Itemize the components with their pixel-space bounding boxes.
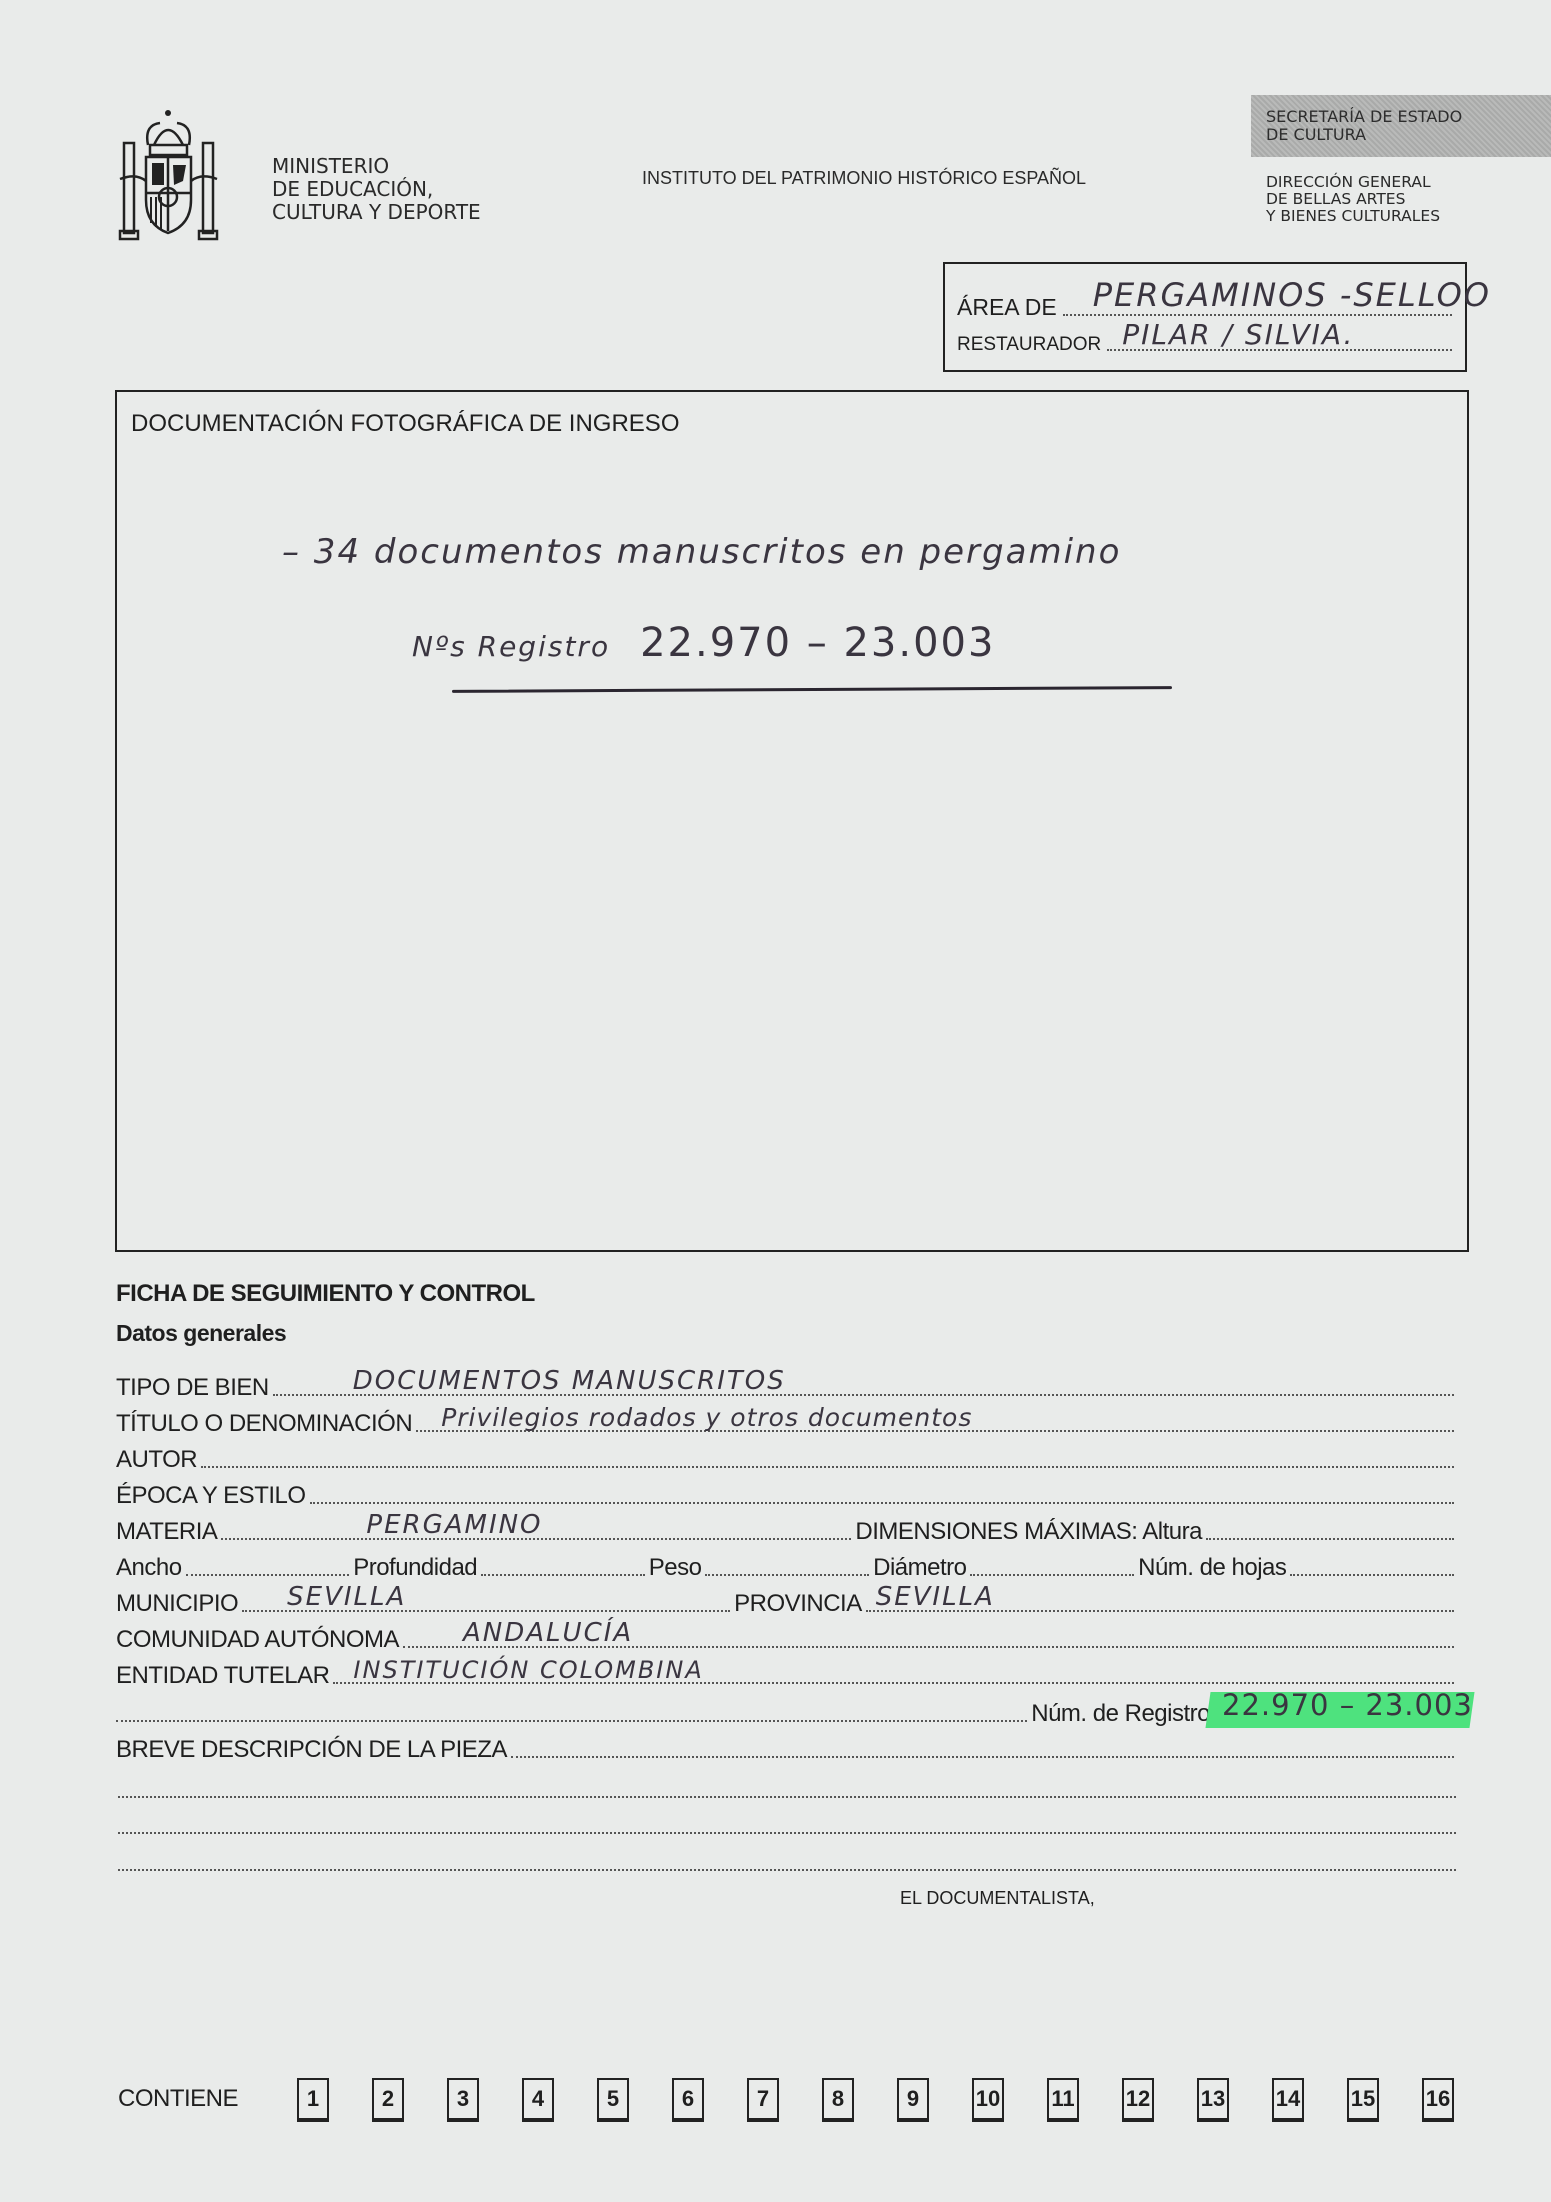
ancho-label: Ancho — [116, 1554, 182, 1582]
direccion-line-1: DIRECCIÓN GENERAL — [1266, 174, 1440, 191]
epoca-field[interactable] — [310, 1502, 1454, 1504]
altura-field[interactable] — [1206, 1538, 1454, 1540]
municipio-field[interactable]: SEVILLA — [242, 1610, 730, 1612]
institute-name: INSTITUTO DEL PATRIMONIO HISTÓRICO ESPAÑ… — [642, 168, 1086, 189]
descripcion-line-4[interactable] — [118, 1869, 1456, 1871]
peso-field[interactable] — [705, 1574, 869, 1576]
hojas-field[interactable] — [1290, 1574, 1454, 1576]
contiene-box-11[interactable]: 11 — [1047, 2078, 1079, 2120]
ancho-field[interactable] — [186, 1574, 350, 1576]
photo-note-line-1: – 34 documentos manuscritos en pergamino — [282, 532, 1121, 572]
restaurador-field[interactable]: PILAR / SILVIA. — [1107, 349, 1452, 351]
materia-label: MATERIA — [116, 1518, 217, 1546]
materia-value: PERGAMINO — [366, 1510, 542, 1540]
municipio-value: SEVILLA — [287, 1582, 406, 1612]
area-label: ÁREA DE — [957, 294, 1057, 321]
entidad-value: INSTITUCIÓN COLOMBINA — [353, 1656, 703, 1684]
hojas-label: Núm. de hojas — [1138, 1554, 1286, 1582]
comunidad-value: ANDALUCÍA — [463, 1618, 633, 1648]
secretaria-line-1: SECRETARÍA DE ESTADO — [1266, 108, 1551, 126]
ministry-line-3: CULTURA Y DEPORTE — [272, 201, 481, 224]
descripcion-field[interactable] — [511, 1756, 1454, 1758]
contiene-label: CONTIENE — [118, 2085, 238, 2113]
diametro-label: Diámetro — [873, 1554, 966, 1582]
documentalista-label: EL DOCUMENTALISTA, — [900, 1888, 1095, 1909]
provincia-value: SEVILLA — [876, 1582, 995, 1612]
secretaria-line-2: DE CULTURA — [1266, 126, 1551, 144]
tipo-label: TIPO DE BIEN — [116, 1374, 269, 1402]
spanish-coat-of-arms-icon — [116, 105, 221, 245]
peso-label: Peso — [649, 1554, 702, 1582]
handwritten-underline — [452, 686, 1172, 693]
contiene-box-15[interactable]: 15 — [1347, 2078, 1379, 2120]
ficha-title: FICHA DE SEGUIMIENTO Y CONTROL — [116, 1280, 535, 1308]
titulo-value: Privilegios rodados y otros documentos — [441, 1403, 972, 1432]
area-field[interactable]: PERGAMINOS -SELLOO — [1063, 314, 1452, 316]
direccion-line-2: DE BELLAS ARTES — [1266, 191, 1440, 208]
direccion-general: DIRECCIÓN GENERAL DE BELLAS ARTES Y BIEN… — [1266, 174, 1440, 225]
row-medidas: Ancho Profundidad Peso Diámetro Núm. de … — [116, 1550, 1458, 1582]
titulo-field[interactable]: Privilegios rodados y otros documentos — [416, 1430, 1454, 1432]
registro-continuation-line — [116, 1720, 1027, 1722]
row-epoca: ÉPOCA Y ESTILO — [116, 1478, 1458, 1510]
row-municipio: MUNICIPIO SEVILLA PROVINCIA SEVILLA — [116, 1586, 1458, 1618]
titulo-label: TÍTULO O DENOMINACIÓN — [116, 1410, 412, 1438]
contiene-box-9[interactable]: 9 — [897, 2078, 929, 2120]
profundidad-label: Profundidad — [353, 1554, 477, 1582]
profundidad-field[interactable] — [481, 1574, 645, 1576]
tipo-field[interactable]: DOCUMENTOS MANUSCRITOS — [273, 1394, 1454, 1396]
diametro-field[interactable] — [970, 1574, 1134, 1576]
ministry-name: MINISTERIO DE EDUCACIÓN, CULTURA Y DEPOR… — [272, 155, 481, 224]
row-materia: MATERIA PERGAMINO DIMENSIONES MÁXIMAS: A… — [116, 1514, 1458, 1546]
row-registro: Núm. de Registro 22.970 – 23.003 — [116, 1696, 1458, 1728]
ministry-line-1: MINISTERIO — [272, 155, 481, 178]
autor-field[interactable] — [201, 1466, 1454, 1468]
autor-label: AUTOR — [116, 1446, 197, 1474]
area-value: PERGAMINOS -SELLOO — [1093, 276, 1491, 314]
row-titulo: TÍTULO O DENOMINACIÓN Privilegios rodado… — [116, 1406, 1458, 1438]
ministry-line-2: DE EDUCACIÓN, — [272, 178, 481, 201]
coat-of-arms-emblem — [116, 105, 221, 245]
epoca-label: ÉPOCA Y ESTILO — [116, 1482, 306, 1510]
registro-label: Núm. de Registro — [1031, 1700, 1210, 1728]
entidad-label: ENTIDAD TUTELAR — [116, 1662, 329, 1690]
materia-field[interactable]: PERGAMINO — [221, 1538, 851, 1540]
descripcion-line-3[interactable] — [118, 1832, 1456, 1834]
municipio-label: MUNICIPIO — [116, 1590, 238, 1618]
contiene-box-13[interactable]: 13 — [1197, 2078, 1229, 2120]
contiene-box-8[interactable]: 8 — [822, 2078, 854, 2120]
row-descripcion: BREVE DESCRIPCIÓN DE LA PIEZA — [116, 1732, 1458, 1764]
tipo-value: DOCUMENTOS MANUSCRITOS — [353, 1366, 786, 1396]
row-comunidad: COMUNIDAD AUTÓNOMA ANDALUCÍA — [116, 1622, 1458, 1654]
contiene-box-1[interactable]: 1 — [297, 2078, 329, 2120]
ficha-subtitle: Datos generales — [116, 1320, 286, 1347]
registro-range: 22.970 – 23.003 — [640, 620, 995, 666]
registro-value: 22.970 – 23.003 — [1222, 1688, 1473, 1722]
contiene-box-3[interactable]: 3 — [447, 2078, 479, 2120]
entidad-field[interactable]: INSTITUCIÓN COLOMBINA — [333, 1682, 1454, 1684]
restaurador-label: RESTAURADOR — [957, 334, 1101, 356]
contiene-box-2[interactable]: 2 — [372, 2078, 404, 2120]
contiene-box-16[interactable]: 16 — [1422, 2078, 1454, 2120]
dimensiones-label: DIMENSIONES MÁXIMAS: Altura — [855, 1518, 1202, 1546]
registro-field[interactable]: 22.970 – 23.003 — [1214, 1720, 1454, 1722]
contiene-box-6[interactable]: 6 — [672, 2078, 704, 2120]
row-tipo-de-bien: TIPO DE BIEN DOCUMENTOS MANUSCRITOS — [116, 1370, 1458, 1402]
contiene-box-14[interactable]: 14 — [1272, 2078, 1304, 2120]
contiene-box-5[interactable]: 5 — [597, 2078, 629, 2120]
photo-section-title: DOCUMENTACIÓN FOTOGRÁFICA DE INGRESO — [131, 410, 679, 438]
contiene-box-12[interactable]: 12 — [1122, 2078, 1154, 2120]
descripcion-line-2[interactable] — [118, 1796, 1456, 1798]
secretaria-box: SECRETARÍA DE ESTADO DE CULTURA — [1251, 95, 1551, 157]
area-restaurador-box: ÁREA DE PERGAMINOS -SELLOO RESTAURADOR P… — [943, 262, 1467, 372]
row-entidad: ENTIDAD TUTELAR INSTITUCIÓN COLOMBINA — [116, 1658, 1458, 1690]
comunidad-field[interactable]: ANDALUCÍA — [403, 1646, 1454, 1648]
contiene-box-4[interactable]: 4 — [522, 2078, 554, 2120]
restaurador-value: PILAR / SILVIA. — [1122, 318, 1354, 351]
contiene-box-10[interactable]: 10 — [972, 2078, 1004, 2120]
provincia-field[interactable]: SEVILLA — [866, 1610, 1454, 1612]
registro-prefix: Nºs Registro — [412, 630, 610, 663]
photo-note-line-2: Nºs Registro 22.970 – 23.003 — [412, 620, 995, 666]
photo-documentation-box: DOCUMENTACIÓN FOTOGRÁFICA DE INGRESO – 3… — [115, 390, 1469, 1252]
contiene-box-7[interactable]: 7 — [747, 2078, 779, 2120]
descripcion-label: BREVE DESCRIPCIÓN DE LA PIEZA — [116, 1736, 507, 1764]
direccion-line-3: Y BIENES CULTURALES — [1266, 208, 1440, 225]
provincia-label: PROVINCIA — [734, 1590, 862, 1618]
comunidad-label: COMUNIDAD AUTÓNOMA — [116, 1626, 399, 1654]
row-autor: AUTOR — [116, 1442, 1458, 1474]
